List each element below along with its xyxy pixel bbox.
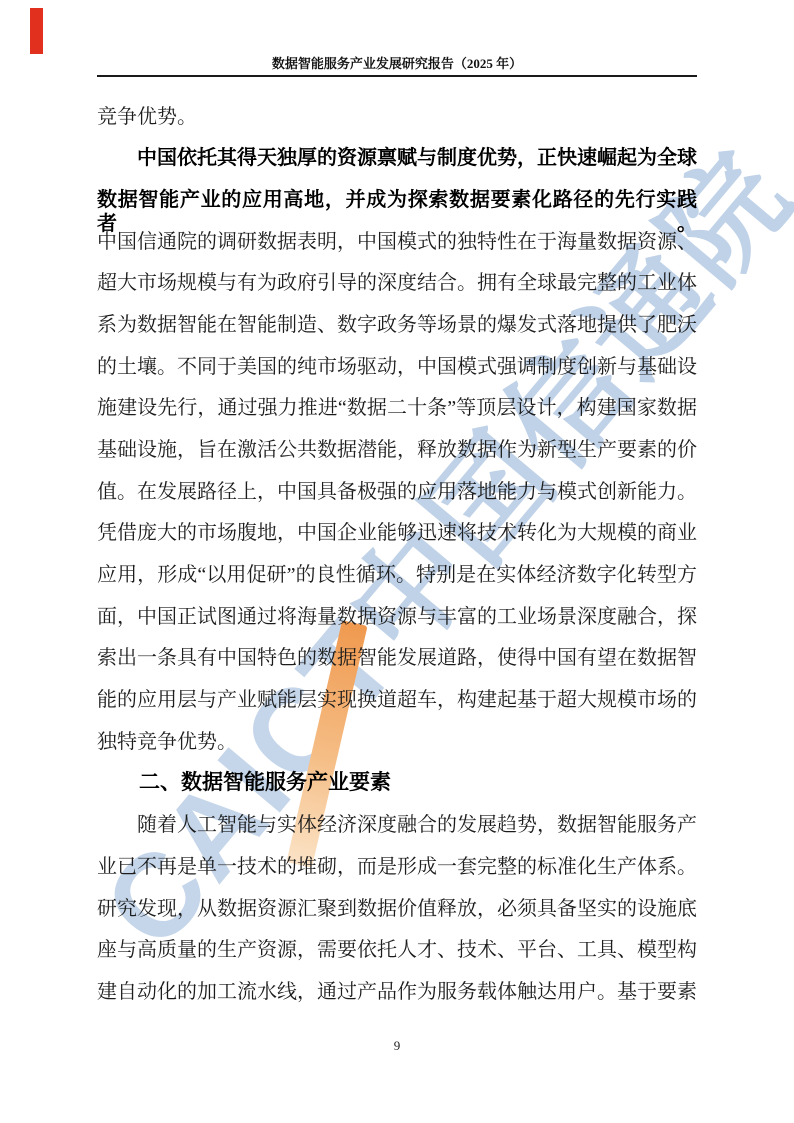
body-line: 应用，形成“以用促研”的良性循环。特别是在实体经济数字化转型方	[97, 563, 697, 589]
body-line: 超大市场规模与有为政府引导的深度结合。拥有全球最完整的工业体	[97, 271, 697, 297]
body-line: 系为数据智能在智能制造、数字政务等场景的爆发式落地提供了肥沃	[97, 313, 697, 339]
body-line: 座与高质量的生产资源，需要依托人才、技术、平台、工具、模型构	[97, 938, 697, 964]
body-line: 竞争优势。	[97, 105, 697, 131]
body-line: 的土壤。不同于美国的纯市场驱动，中国模式强调制度创新与基础设	[97, 355, 697, 381]
body-line: 建自动化的加工流水线，通过产品作为服务载体触达用户。基于要素	[97, 980, 697, 1006]
body-line: 基础设施，旨在激活公共数据潜能，释放数据作为新型生产要素的价	[97, 438, 697, 464]
body-line: 索出一条具有中国特色的数据智能发展道路，使得中国有望在数据智	[97, 646, 697, 672]
body-line: 研究发现，从数据资源汇聚到数据价值释放，必须具备坚实的设施底	[97, 897, 697, 923]
body-line: 施建设先行，通过强力推进“数据二十条”等顶层设计，构建国家数据	[97, 396, 697, 422]
section-heading: 二、数据智能服务产业要素	[97, 771, 697, 797]
body-line: 中国信通院的调研数据表明，中国模式的独特性在于海量数据资源、	[97, 230, 697, 256]
report-header-title: 数据智能服务产业发展研究报告（2025 年）	[97, 53, 697, 72]
document-page: CAICT中国信通院 数据智能服务产业发展研究报告（2025 年） 竞争优势。 …	[0, 0, 794, 1123]
body-line: 面，中国正试图通过将海量数据资源与丰富的工业场景深度融合，探	[97, 605, 697, 631]
red-corner-mark	[30, 8, 43, 54]
body-line: 凭借庞大的市场腹地，中国企业能够迅速将技术转化为大规模的商业	[97, 521, 697, 547]
body-line: 值。在发展路径上，中国具备极强的应用落地能力与模式创新能力。	[97, 480, 697, 506]
body-line: 能的应用层与产业赋能层实现换道超车，构建起基于超大规模市场的	[97, 688, 697, 714]
header-rule	[97, 75, 697, 77]
body-line-bold: 数据智能产业的应用高地，并成为探索数据要素化路径的先行实践者。	[97, 188, 697, 214]
body-line-bold: 中国依托其得天独厚的资源禀赋与制度优势，正快速崛起为全球	[97, 146, 697, 172]
body-line: 随着人工智能与实体经济深度融合的发展趋势，数据智能服务产	[97, 813, 697, 839]
page-number: 9	[0, 1038, 794, 1054]
body-line: 业已不再是单一技术的堆砌，而是形成一套完整的标准化生产体系。	[97, 855, 697, 881]
body-line: 独特竞争优势。	[97, 730, 697, 756]
